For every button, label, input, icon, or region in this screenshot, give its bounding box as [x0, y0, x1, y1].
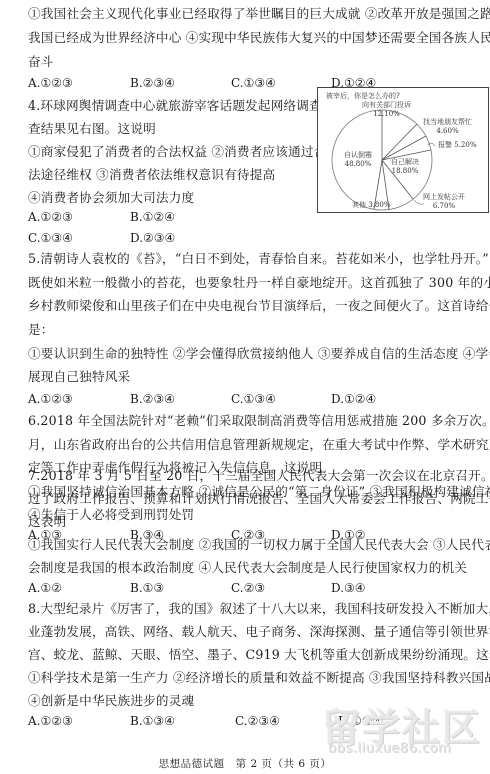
- q3-line-3: 奋斗: [28, 54, 54, 70]
- label-other: 其他 3.80%: [352, 201, 390, 210]
- q8-line-5: ④创新是中华民族进步的灵魂: [28, 693, 194, 709]
- q6-line-1: 6.2018 年全国法院针对“老赖”们采取限制高消费等信用惩戒措施 200 多余…: [28, 413, 490, 429]
- q3-line-1: ①我国社会主义现代化事业已经取得了举世瞩目的巨大成就 ②改革开放是强国之路 ③: [28, 6, 490, 22]
- q5-line-4: 是：: [28, 322, 54, 338]
- q5-line-1: 5.清朝诗人袁枚的《苔》，“白日不到处，青春恰自来。苔花如米小，也学牡丹开。” …: [28, 251, 490, 267]
- label-self-solve: 自己解决 18.80%: [391, 158, 419, 176]
- q4-option-d: D.②③④: [130, 230, 175, 246]
- q5-line-5: ①要认识到生命的独特性 ②学会懂得欣赏接纳他人 ③要养成自信的生活态度 ④学会: [28, 346, 490, 362]
- q7-line-1: 7.2018 年 3 月 5 日至 20 日，十三届全国人民代表大会第一次会议在…: [28, 468, 490, 484]
- q5-line-6: 展现自己独特风采: [28, 369, 130, 385]
- q7-line-4: ①我国实行人民代表大会制度 ②我国的一切权力属于全国人民代表大会 ③人民代表大: [28, 537, 490, 553]
- q5-option-b: B.②③④: [130, 391, 175, 407]
- label-friend-help: 找当地朋友帮忙 4.60%: [423, 118, 472, 136]
- q3-option-b: B.②③④: [130, 75, 175, 91]
- q6-line-2: 月，山东省政府出台的公共信用信息管理新规规定，在重大考试中作弊、学术研究及职称评: [28, 437, 490, 453]
- q8-line-4: ①科学技术是第一生产力 ②经济增长的质量和效益不断提高 ③我国坚持科教兴国战略: [28, 670, 490, 686]
- q8-line-2: 业蓬勃发展，高铁、网络、载人航天、电子商务、深海探测、量子通信等引领世界潮流，天: [28, 624, 490, 640]
- q5-option-d: D.①②④: [331, 391, 376, 407]
- label-complaint: 向有关部门投诉 12.10%: [362, 101, 411, 119]
- q8-option-c: C.②③④: [235, 713, 280, 729]
- label-accept-bad-luck: 自认倒霉 48.80%: [344, 151, 372, 169]
- q3-line-2: 我国已经成为世界经济中心 ④实现中华民族伟大复兴的中国梦还需要全国各族人民继续: [28, 30, 490, 46]
- q7-option-d: D.③④: [331, 580, 366, 596]
- q7-option-a: A.①②: [28, 580, 62, 596]
- q8-line-3: 宫、蛟龙、蓝鲸、天眼、悟空、墨子、C919 大飞机等重大创新成果纷纷涌现。这表明: [28, 647, 490, 663]
- q4-line-4: 法途径维权 ③消费者依法维权意识有待提高: [28, 167, 275, 183]
- q4-option-a: A.①②③: [28, 209, 73, 225]
- label-police: 报警 5.20%: [438, 141, 476, 150]
- q4-line-3: ①商家侵犯了消费者的合法权益 ②消费者应该通过合: [28, 144, 326, 160]
- pie-chart: 被宰后，你是怎么办的? 向有关部门投诉 12.10% 找当地朋友帮忙: [317, 87, 489, 213]
- q5-option-c: C.①③④: [231, 391, 276, 407]
- q8-line-1: 8.大型纪录片《厉害了，我的国》叙述了十八大以来，我国科技研发投入不断加大，新兴…: [28, 601, 490, 617]
- q3-option-c: C.①③④: [231, 75, 276, 91]
- watermark-logo: 留学社区 bbs.liuxue86.com: [322, 697, 482, 759]
- q7-line-3: 这表明: [28, 514, 66, 530]
- q4-option-b: B.①②④: [130, 209, 175, 225]
- q7-option-c: C.②③: [231, 580, 265, 596]
- q4-option-c: C.①③④: [28, 230, 73, 246]
- q3-option-a: A.①②③: [28, 75, 73, 91]
- page-footer: 思想品德试题 第 2 页（共 6 页）: [0, 756, 490, 771]
- exam-page: ①我国社会主义现代化事业已经取得了举世瞩目的巨大成就 ②改革开放是强国之路 ③ …: [0, 0, 490, 774]
- q7-option-b: B.①③: [130, 580, 164, 596]
- q8-option-a: A.①②③: [28, 713, 73, 729]
- q7-line-5: 会制度是我国的根本政治制度 ④人民代表大会制度是人民行使国家权力的机关: [28, 560, 467, 576]
- label-online-post: 网上发帖公开 6.70%: [423, 193, 465, 211]
- watermark-url: bbs.liuxue86.com: [328, 741, 451, 756]
- q4-line-1: 4.环球网舆情调查中心就旅游宰客话题发起网络调查，调: [28, 98, 347, 114]
- q4-line-5: ④消费者协会须加大司法力度: [28, 190, 194, 206]
- q8-option-b: B.①③④: [130, 713, 175, 729]
- q5-line-3: 乡村教师梁俊和山里孩子们在中央电视台节目演绎后，一夜之间便火了。这首诗给你的启示: [28, 298, 490, 314]
- q5-option-a: A.①②③: [28, 391, 73, 407]
- q7-line-2: 过了政府工作报告、预算和计划执行情况报告、全国人大常委会工作报告、两院工作报告等…: [28, 491, 490, 507]
- q5-line-2: 既使如米粒一般微小的苔花，也要象牡丹一样自豪地绽开。这首孤独了 300 年的小诗…: [28, 275, 490, 291]
- q4-line-2: 查结果见右图。这说明: [28, 121, 156, 137]
